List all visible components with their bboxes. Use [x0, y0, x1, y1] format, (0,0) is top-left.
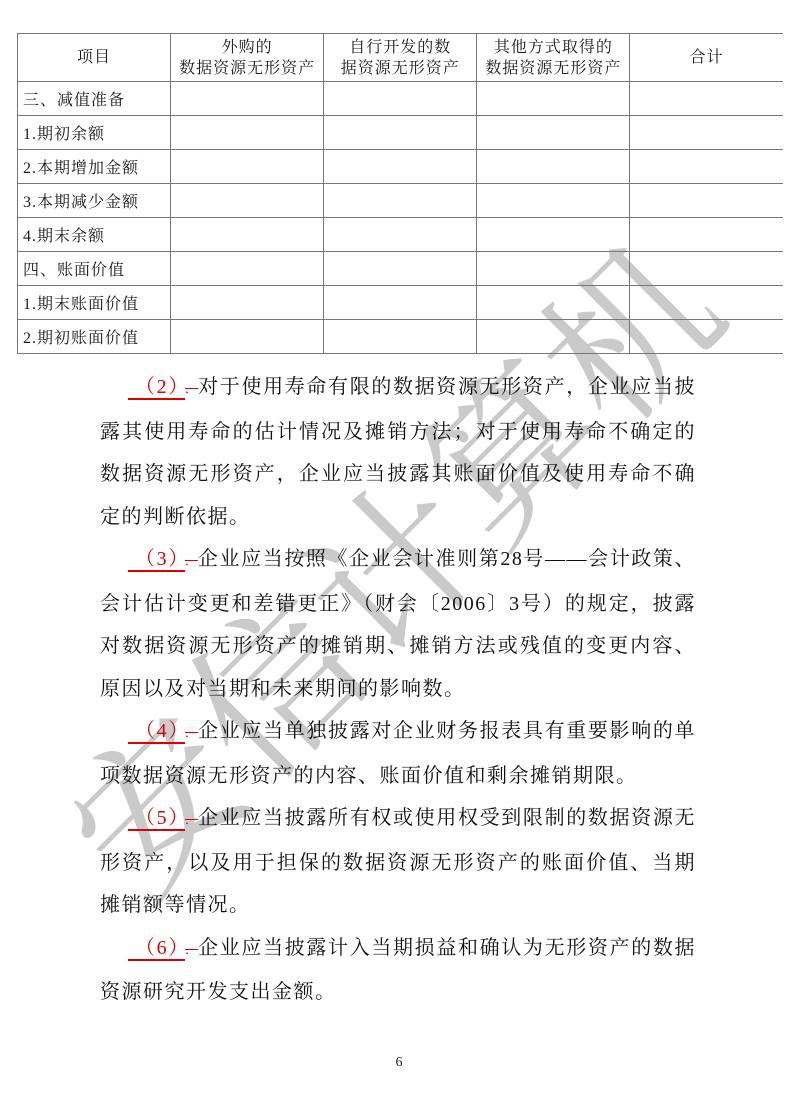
tracked-delete-mark: ．: [185, 553, 198, 568]
row-label: 2.本期增加金额: [18, 150, 171, 184]
tracked-insert-number: （3）: [128, 548, 185, 572]
empty-cell: [630, 150, 783, 184]
empty-cell: [477, 252, 630, 286]
table-row: 4.期末余额: [18, 218, 784, 252]
row-label: 4.期末余额: [18, 218, 171, 252]
table-row: 2.本期增加金额: [18, 150, 784, 184]
empty-cell: [630, 286, 783, 320]
empty-cell: [477, 320, 630, 354]
empty-cell: [630, 184, 783, 218]
empty-cell: [171, 150, 324, 184]
paragraph-6: （6）．企业应当披露计入当期损益和确认为无形资产的数据资源研究开发支出金额。: [100, 927, 696, 1014]
paragraph-text: 企业应当按照《企业会计准则第28号——会计政策、会计估计变更和差错更正》（财会〔…: [100, 548, 696, 700]
tracked-insert-number: （6）: [128, 937, 185, 961]
table-row: 三、减值准备: [18, 82, 784, 116]
empty-cell: [630, 116, 783, 150]
empty-cell: [630, 320, 783, 354]
header-line: 数据资源无形资产: [478, 58, 628, 79]
header-line: 数据资源无形资产: [172, 58, 322, 79]
table-header-row: 项目 外购的 数据资源无形资产 自行开发的数 据资源无形资产 其他方式取得的 数…: [18, 34, 784, 82]
empty-cell: [324, 252, 477, 286]
column-header-other-means: 其他方式取得的 数据资源无形资产: [477, 34, 630, 82]
tracked-delete-mark: ．: [185, 725, 198, 740]
tracked-delete-mark: ．: [185, 381, 198, 396]
paragraph-2: （2）．对于使用寿命有限的数据资源无形资产，企业应当披露其使用寿命的估计情况及摊…: [100, 366, 696, 538]
empty-cell: [477, 116, 630, 150]
row-label: 三、减值准备: [18, 82, 171, 116]
table-row: 1.期初余额: [18, 116, 784, 150]
paragraph-5: （5）．企业应当披露所有权或使用权受到限制的数据资源无形资产，以及用于担保的数据…: [100, 797, 696, 927]
empty-cell: [171, 116, 324, 150]
empty-cell: [477, 286, 630, 320]
row-label: 1.期初余额: [18, 116, 171, 150]
row-label: 四、账面价值: [18, 252, 171, 286]
header-line: 自行开发的数: [325, 37, 475, 58]
table-row: 3.本期减少金额: [18, 184, 784, 218]
empty-cell: [324, 320, 477, 354]
empty-cell: [630, 82, 783, 116]
empty-cell: [324, 82, 477, 116]
column-header-self-developed: 自行开发的数 据资源无形资产: [324, 34, 477, 82]
empty-cell: [630, 252, 783, 286]
row-label: 2.期初账面价值: [18, 320, 171, 354]
header-line: 合计: [631, 47, 782, 68]
tracked-delete-mark: ．: [185, 812, 198, 827]
paragraph-text: 对于使用寿命有限的数据资源无形资产，企业应当披露其使用寿命的估计情况及摊销方法；…: [100, 376, 696, 528]
empty-cell: [171, 252, 324, 286]
data-asset-table: 项目 外购的 数据资源无形资产 自行开发的数 据资源无形资产 其他方式取得的 数…: [17, 33, 783, 354]
empty-cell: [324, 218, 477, 252]
tracked-insert-number: （5）: [128, 807, 185, 831]
paragraph-3: （3）．企业应当按照《企业会计准则第28号——会计政策、会计估计变更和差错更正》…: [100, 538, 696, 710]
empty-cell: [171, 286, 324, 320]
table-row: 2.期初账面价值: [18, 320, 784, 354]
empty-cell: [477, 184, 630, 218]
header-line: 项目: [19, 47, 169, 68]
empty-cell: [630, 218, 783, 252]
empty-cell: [171, 218, 324, 252]
empty-cell: [477, 82, 630, 116]
empty-cell: [477, 150, 630, 184]
row-label: 1.期末账面价值: [18, 286, 171, 320]
data-asset-table-container: 项目 外购的 数据资源无形资产 自行开发的数 据资源无形资产 其他方式取得的 数…: [17, 33, 783, 354]
paragraph-4: （4）．企业应当单独披露对企业财务报表具有重要影响的单项数据资源无形资产的内容、…: [100, 710, 696, 797]
column-header-purchased: 外购的 数据资源无形资产: [171, 34, 324, 82]
row-label: 3.本期减少金额: [18, 184, 171, 218]
empty-cell: [171, 320, 324, 354]
tracked-insert-number: （4）: [128, 720, 185, 744]
column-header-total: 合计: [630, 34, 783, 82]
table-row: 四、账面价值: [18, 252, 784, 286]
header-line: 外购的: [172, 37, 322, 58]
header-line: 据资源无形资产: [325, 58, 475, 79]
page-number: 6: [0, 1055, 798, 1071]
header-line: 其他方式取得的: [478, 37, 628, 58]
column-header-item: 项目: [18, 34, 171, 82]
body-text-block: （2）．对于使用寿命有限的数据资源无形资产，企业应当披露其使用寿命的估计情况及摊…: [100, 366, 696, 1014]
table-row: 1.期末账面价值: [18, 286, 784, 320]
empty-cell: [171, 184, 324, 218]
empty-cell: [171, 82, 324, 116]
document-page: 安信计算机 项目 外购的 数据资源无形资产 自行开发的数: [0, 0, 798, 1098]
empty-cell: [324, 286, 477, 320]
empty-cell: [324, 184, 477, 218]
tracked-delete-mark: ．: [185, 942, 198, 957]
tracked-insert-number: （2）: [128, 376, 185, 400]
empty-cell: [477, 218, 630, 252]
empty-cell: [324, 150, 477, 184]
empty-cell: [324, 116, 477, 150]
